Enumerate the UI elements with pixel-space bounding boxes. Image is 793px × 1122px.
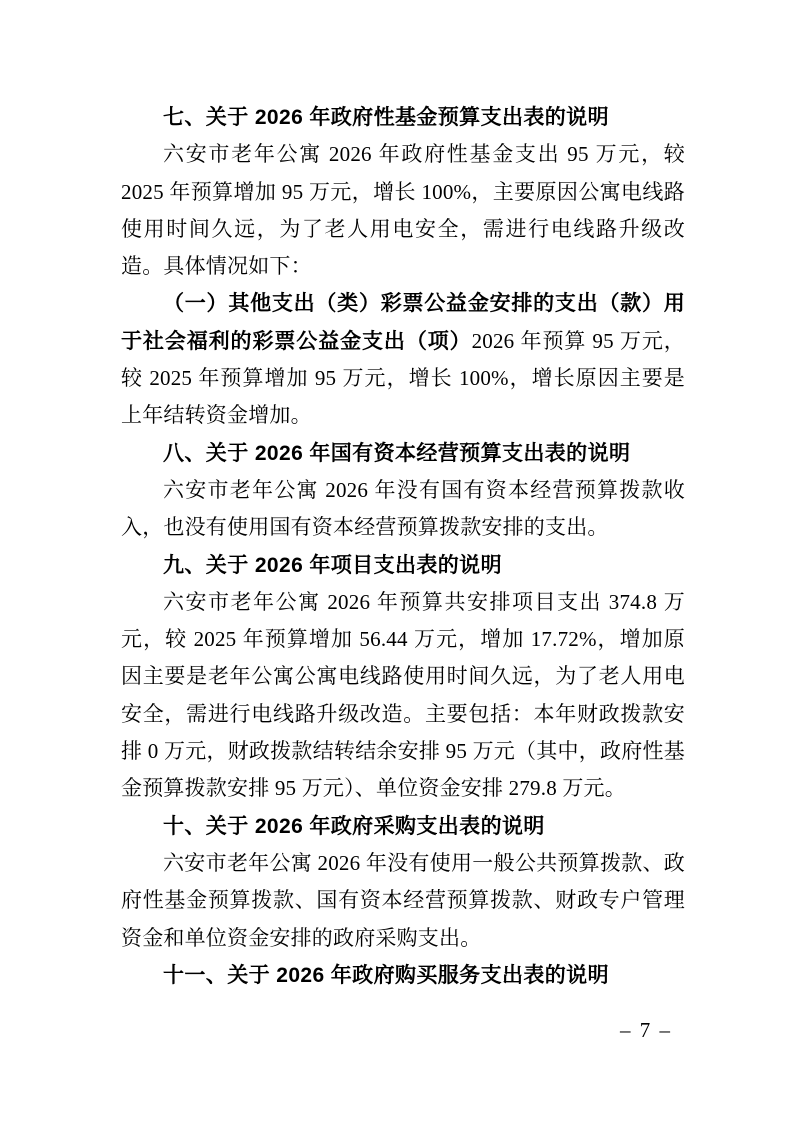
- bold-text-run: 八、关于 2026 年国有资本经营预算支出表的说明: [163, 442, 630, 465]
- section-heading: 九、关于 2026 年项目支出表的说明: [121, 547, 685, 584]
- section-heading: 七、关于 2026 年政府性基金预算支出表的说明: [121, 99, 685, 136]
- paragraph: 六安市老年公寓 2026 年政府性基金支出 95 万元，较 2025 年预算增加…: [121, 136, 685, 285]
- paragraph: 六安市老年公寓 2026 年没有国有资本经营预算拨款收入，也没有使用国有资本经营…: [121, 472, 685, 547]
- text-run: 六安市老年公寓 2026 年没有国有资本经营预算拨款收入，也没有使用国有资本经营…: [121, 478, 685, 539]
- bold-text-run: 七、关于 2026 年政府性基金预算支出表的说明: [163, 106, 609, 129]
- text-run: 六安市老年公寓 2026 年没有使用一般公共预算拨款、政府性基金预算拨款、国有资…: [121, 851, 685, 950]
- page-number: – 7 –: [620, 1018, 670, 1043]
- paragraph: 六安市老年公寓 2026 年没有使用一般公共预算拨款、政府性基金预算拨款、国有资…: [121, 845, 685, 957]
- document-page: 七、关于 2026 年政府性基金预算支出表的说明六安市老年公寓 2026 年政府…: [0, 0, 793, 1122]
- section-heading: 十、关于 2026 年政府采购支出表的说明: [121, 808, 685, 845]
- text-run: 六安市老年公寓 2026 年政府性基金支出 95 万元，较 2025 年预算增加…: [121, 142, 685, 278]
- document-body: 七、关于 2026 年政府性基金预算支出表的说明六安市老年公寓 2026 年政府…: [121, 99, 685, 994]
- section-heading: 八、关于 2026 年国有资本经营预算支出表的说明: [121, 435, 685, 472]
- paragraph: 六安市老年公寓 2026 年预算共安排项目支出 374.8 万元，较 2025 …: [121, 584, 685, 808]
- paragraph: （一）其他支出（类）彩票公益金安排的支出（款）用于社会福利的彩票公益金支出（项）…: [121, 285, 685, 434]
- bold-text-run: 九、关于 2026 年项目支出表的说明: [163, 554, 502, 577]
- section-heading: 十一、关于 2026 年政府购买服务支出表的说明: [121, 957, 685, 994]
- bold-text-run: 十、关于 2026 年政府采购支出表的说明: [163, 815, 545, 838]
- bold-text-run: 十一、关于 2026 年政府购买服务支出表的说明: [163, 964, 609, 987]
- text-run: 六安市老年公寓 2026 年预算共安排项目支出 374.8 万元，较 2025 …: [121, 590, 685, 800]
